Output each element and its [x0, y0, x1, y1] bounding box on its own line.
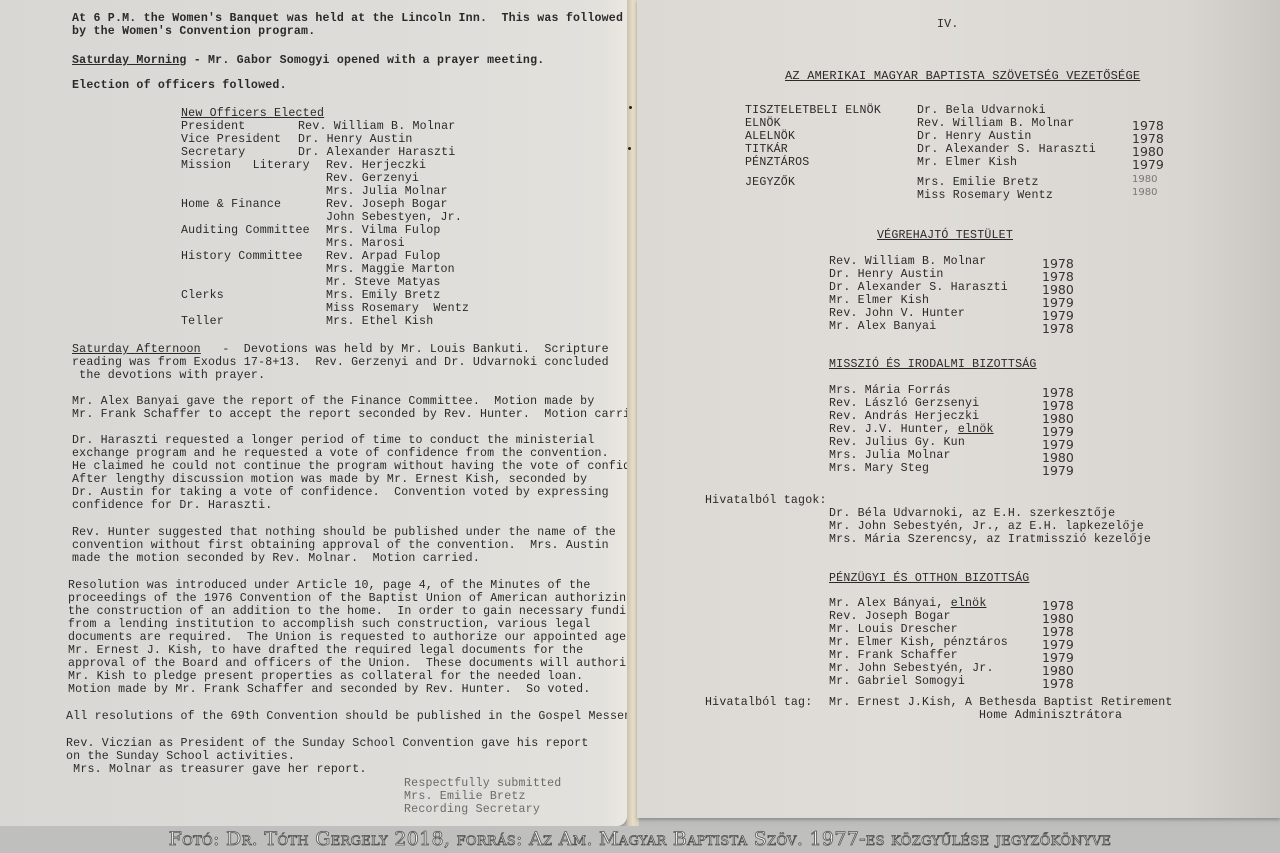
- officer-name: Miss Rosemary Wentz: [326, 302, 469, 315]
- saturday-morning-label: Saturday Morning: [72, 54, 187, 67]
- member-name: Mr. Alex Bányai, elnök: [829, 597, 986, 610]
- member-name: Mr. Elmer Kish: [829, 294, 929, 307]
- text-line: Mrs. Molnar as treasurer gave her report…: [66, 763, 367, 776]
- member-name-text: Mrs. Mary Steg: [829, 462, 929, 475]
- member-name-text: Mr. Louis Drescher: [829, 623, 958, 636]
- election-line: Election of officers followed.: [72, 79, 287, 92]
- officer-name: Mrs. Vilma Fulop: [326, 224, 441, 237]
- member-name: Mr. Gabriel Somogyi: [829, 675, 965, 688]
- officer-role: Vice President: [181, 133, 281, 146]
- leadership-name: Mrs. Emilie Bretz: [917, 176, 1039, 189]
- officer-role: President: [181, 120, 245, 133]
- text-line: convention without first obtaining appro…: [72, 539, 609, 552]
- member-name: Mrs. Mary Steg: [829, 462, 929, 475]
- text-line: the construction of an addition to the h…: [68, 605, 641, 618]
- officer-name: Rev. Herjeczki: [326, 159, 426, 172]
- member-name: Rev. András Herjeczki: [829, 410, 979, 423]
- text-line: on the Sunday School activities.: [66, 750, 295, 763]
- executive-heading: VÉGREHAJTÓ TESTÜLET: [877, 229, 1013, 242]
- officer-name: Mrs. Marosi: [326, 237, 405, 250]
- member-name: Dr. Henry Austin: [829, 268, 944, 281]
- leadership-name: Dr. Bela Udvarnoki: [917, 104, 1046, 117]
- saturday-afternoon-line-3: the devotions with prayer.: [72, 369, 265, 382]
- officer-name: Rev. Gerzenyi: [326, 172, 419, 185]
- officer-name: Rev. Arpad Fulop: [326, 250, 441, 263]
- member-name-text: Rev. John V. Hunter: [829, 307, 965, 320]
- paragraph-banquet-2: by the Women's Convention program.: [72, 25, 315, 38]
- officer-role: Clerks: [181, 289, 224, 302]
- leadership-name: Dr. Henry Austin: [917, 130, 1032, 143]
- member-name-text: Mr. Alex Bányai,: [829, 597, 951, 610]
- leadership-role: JEGYZŐK: [745, 176, 795, 189]
- member-name-text: Rev. András Herjeczki: [829, 410, 979, 423]
- officer-role: Teller: [181, 315, 224, 328]
- text-line: made the motion seconded by Rev. Molnar.…: [72, 552, 480, 565]
- exofficio-label: Hivatalból tagok:: [705, 494, 827, 507]
- text-line: Dr. Austin for taking a vote of confiden…: [72, 486, 609, 499]
- leadership-name: Rev. William B. Molnar: [917, 117, 1074, 130]
- member-name-text: Dr. Alexander S. Haraszti: [829, 281, 1008, 294]
- exofficio-single-line-2: Home Adminisztrátora: [979, 709, 1122, 722]
- exofficio-member: Mrs. Mária Szerencsy, az Iratmisszió kez…: [829, 533, 1151, 546]
- member-name: Mr. Elmer Kish, pénztáros: [829, 636, 1008, 649]
- chair-designation: elnök: [958, 423, 994, 436]
- right-page: IV. AZ AMERIKAI MAGYAR BAPTISTA SZÖVETSÉ…: [637, 0, 1280, 818]
- member-name-text: Mr. Elmer Kish, pénztáros: [829, 636, 1008, 649]
- term-year: 1978: [1042, 677, 1074, 690]
- text-line: Dr. Haraszti requested a longer period o…: [72, 434, 595, 447]
- text-line: Mr. Frank Schaffer to accept the report …: [72, 408, 652, 421]
- member-name-text: Rev. László Gerzsenyi: [829, 397, 979, 410]
- text-line: exchange program and he requested a vote…: [72, 447, 609, 460]
- officer-name: Rev. William B. Molnar: [298, 120, 455, 133]
- term-year: 1980: [1132, 186, 1157, 199]
- text-line: Mr. Alex Banyai gave the report of the F…: [72, 395, 595, 408]
- text-line: Recording Secretary: [404, 803, 540, 816]
- paragraph-banquet-1: At 6 P.M. the Women's Banquet was held a…: [72, 12, 623, 25]
- term-year: 1978: [1042, 322, 1074, 335]
- officer-name: Dr. Henry Austin: [298, 133, 413, 146]
- member-name-text: Mr. John Sebestyén, Jr.: [829, 662, 994, 675]
- officer-role: Auditing Committee: [181, 224, 310, 237]
- member-name: Mrs. Mária Forrás: [829, 384, 951, 397]
- saturday-morning-line: Saturday Morning - Mr. Gabor Somogyi ope…: [72, 54, 544, 67]
- term-year: 1980: [1132, 173, 1157, 186]
- saturday-morning-text: - Mr. Gabor Somogyi opened with a prayer…: [187, 54, 545, 67]
- member-name-text: Mrs. Mária Forrás: [829, 384, 951, 397]
- saturday-afternoon-label: Saturday Afternoon: [72, 343, 201, 356]
- member-name: Dr. Alexander S. Haraszti: [829, 281, 1008, 294]
- text-line: confidence for Dr. Haraszti.: [72, 499, 272, 512]
- member-name-text: Rev. J.V. Hunter,: [829, 423, 958, 436]
- saturday-afternoon-line-2: reading was from Exodus 17-8+13. Rev. Ge…: [72, 356, 609, 369]
- officer-name: Dr. Alexander Haraszti: [298, 146, 455, 159]
- member-name-text: Mrs. Julia Molnar: [829, 449, 951, 462]
- leadership-name: Dr. Alexander S. Haraszti: [917, 143, 1096, 156]
- officer-name: Mrs. Maggie Marton: [326, 263, 455, 276]
- text-line: Mr. Kish to pledge present properties as…: [68, 670, 583, 683]
- leadership-role: ELNÖK: [745, 117, 781, 130]
- text-line: documents are required. The Union is req…: [68, 631, 648, 644]
- binding-mark: [629, 106, 632, 109]
- officer-role: Mission Literary: [181, 159, 310, 172]
- officers-heading: New Officers Elected: [181, 107, 324, 120]
- text-line: Mr. Ernest J. Kish, to have drafted the …: [68, 644, 583, 657]
- mission-heading: MISSZIÓ ÉS IRODALMI BIZOTTSÁG: [829, 358, 1037, 371]
- member-name-text: Rev. William B. Molnar: [829, 255, 986, 268]
- member-name: Mr. Frank Schaffer: [829, 649, 958, 662]
- leadership-name: Mr. Elmer Kish: [917, 156, 1017, 169]
- page-number: IV.: [937, 18, 958, 31]
- exofficio-member: Mr. John Sebestyén, Jr., az E.H. lapkeze…: [829, 520, 1144, 533]
- member-name-text: Mr. Alex Banyai: [829, 320, 936, 333]
- officer-role: History Committee: [181, 250, 303, 263]
- member-name: Rev. William B. Molnar: [829, 255, 986, 268]
- text-line: Rev. Viczian as President of the Sunday …: [66, 737, 589, 750]
- leadership-role: ALELNÖK: [745, 130, 795, 143]
- text-line: Resolution was introduced under Article …: [68, 579, 591, 592]
- officer-name: Mrs. Julia Molnar: [326, 185, 448, 198]
- member-name: Mr. John Sebestyén, Jr.: [829, 662, 994, 675]
- member-name: Rev. J.V. Hunter, elnök: [829, 423, 994, 436]
- member-name: Rev. László Gerzsenyi: [829, 397, 979, 410]
- officer-name: Mrs. Emily Bretz: [326, 289, 441, 302]
- member-name: Mr. Louis Drescher: [829, 623, 958, 636]
- member-name: Mrs. Julia Molnar: [829, 449, 951, 462]
- binding-mark: [628, 147, 631, 150]
- member-name-text: Mr. Frank Schaffer: [829, 649, 958, 662]
- officer-name: Mrs. Ethel Kish: [326, 315, 433, 328]
- leadership-role: PÉNZTÁROS: [745, 156, 809, 169]
- leadership-title: AZ AMERIKAI MAGYAR BAPTISTA SZÖVETSÉG VE…: [785, 70, 1140, 83]
- member-name-text: Dr. Henry Austin: [829, 268, 944, 281]
- term-year: 1979: [1042, 464, 1074, 477]
- all-resolutions-line: All resolutions of the 69th Convention s…: [66, 710, 660, 723]
- text-line: proceedings of the 1976 Convention of th…: [68, 592, 633, 605]
- text-line: Motion made by Mr. Frank Schaffer and se…: [68, 683, 591, 696]
- officer-name: John Sebestyen, Jr.: [326, 211, 462, 224]
- member-name-text: Rev. Julius Gy. Kun: [829, 436, 965, 449]
- text-line: He claimed he could not continue the pro…: [72, 460, 666, 473]
- text-line: Mrs. Emilie Bretz: [404, 790, 526, 803]
- officer-role: Secretary: [181, 146, 245, 159]
- saturday-afternoon-line-1: Saturday Afternoon - Devotions was held …: [72, 343, 609, 356]
- term-year: 1979: [1132, 158, 1164, 171]
- text-line: Respectfully submitted: [404, 777, 561, 790]
- member-name: Rev. John V. Hunter: [829, 307, 965, 320]
- member-name-text: Mr. Gabriel Somogyi: [829, 675, 965, 688]
- text-line: from a lending institution to accomplish…: [68, 618, 591, 631]
- text-line: approval of the Board and officers of th…: [68, 657, 641, 670]
- leadership-role: TISZTELETBELI ELNÖK: [745, 104, 881, 117]
- member-name: Rev. Joseph Bogar: [829, 610, 951, 623]
- left-page: At 6 P.M. the Women's Banquet was held a…: [0, 0, 627, 826]
- exofficio-member: Dr. Béla Udvarnoki, az E.H. szerkesztője: [829, 507, 1115, 520]
- chair-designation: elnök: [951, 597, 987, 610]
- officer-role: Home & Finance: [181, 198, 281, 211]
- leadership-role: TITKÁR: [745, 143, 788, 156]
- text-line: Rev. Hunter suggested that nothing shoul…: [72, 526, 616, 539]
- member-name: Mr. Alex Banyai: [829, 320, 936, 333]
- exofficio-single-label: Hivatalból tag:: [705, 696, 812, 709]
- exofficio-single-line-1: Mr. Ernest J.Kish, A Bethesda Baptist Re…: [829, 696, 1173, 709]
- photo-caption: Fotó: Dr. Tóth Gergely 2018, forrás: Az …: [0, 826, 1280, 853]
- member-name-text: Mr. Elmer Kish: [829, 294, 929, 307]
- member-name: Rev. Julius Gy. Kun: [829, 436, 965, 449]
- text-line: After lengthy discussion motion was made…: [72, 473, 587, 486]
- officer-name: Mr. Steve Matyas: [326, 276, 441, 289]
- member-name-text: Rev. Joseph Bogar: [829, 610, 951, 623]
- finance-heading: PÉNZÜGYI ÉS OTTHON BIZOTTSÁG: [829, 572, 1029, 585]
- leadership-name: Miss Rosemary Wentz: [917, 189, 1053, 202]
- officer-name: Rev. Joseph Bogar: [326, 198, 448, 211]
